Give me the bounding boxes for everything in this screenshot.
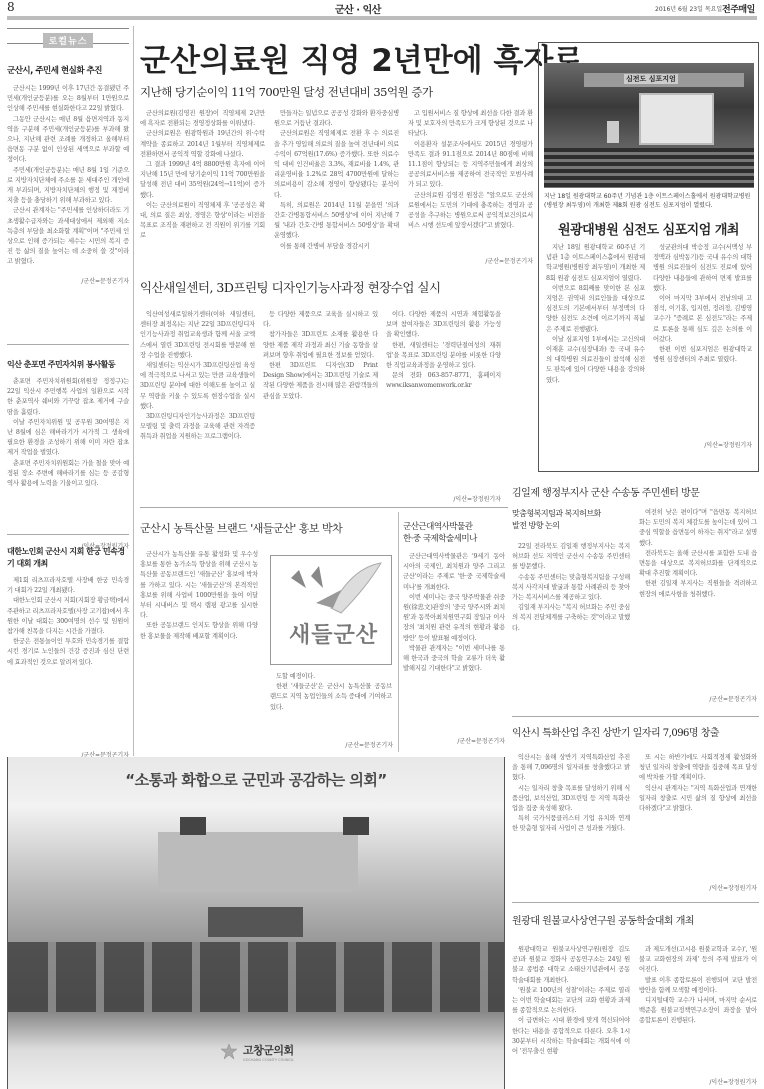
paragraph: 성균관의대 박승정 교수(서맥성 부정맥과 심박동기)등 국내 유수의 대학병원… bbox=[653, 243, 752, 294]
paragraph: '원불교 100년의 성찰'이라는 주제로 열리는 이번 학술대회는 교단의 교… bbox=[512, 986, 630, 1017]
main-subheadline: 지난해 당기순이익 11억 700만원 달성 전년대비 35억원 증가 bbox=[140, 84, 533, 100]
paragraph: 참가자들은 3D프린트 소재를 활용한 다양한 제품 제작 과정과 최신 기술 … bbox=[263, 330, 378, 361]
paragraph: 이날 심포지엄 1부에서는 고신의대 이재훈 교수(심장내과) 등 국내 유수의… bbox=[546, 335, 645, 386]
paragraph: 이용환자 설문조사에서도 2015년 경영평가만족도 결과 91.1점으로 20… bbox=[408, 140, 533, 191]
paragraph: 군산근대역사박물관은 '9세기 동아시아의 국제인, 최치원과 양주 그리고 군… bbox=[403, 552, 505, 593]
divider bbox=[7, 534, 129, 535]
council-name-en: GOCHANG COUNTY COUNCIL bbox=[243, 1058, 294, 1062]
photo-caption: 지난 18일 원광대학교 60주년 기념관 1층 이트스페이스홀에서 원광대학교… bbox=[544, 193, 754, 210]
banner-text: 심전도 심포지엄 bbox=[624, 74, 678, 84]
paragraph: 원광대학교 원불교사상연구원(원장 김도공)과 원불교 정화사 공동연구소는 2… bbox=[512, 945, 630, 986]
audience-seats bbox=[544, 148, 754, 188]
section-title: 군산 · 익산 bbox=[335, 1, 381, 16]
paragraph: 이번으로 8회째를 맞이한 본 심포지엄은 권역내 의료인들을 대상으로 심전도… bbox=[546, 284, 645, 335]
page-number: 8 bbox=[7, 0, 15, 14]
brand-logo-box: 새들군산 bbox=[270, 555, 392, 665]
divider bbox=[7, 344, 129, 345]
article-subtitle-line1: 맞춤형복지팀과 복지허브화 bbox=[512, 508, 601, 519]
council-emblem-icon bbox=[220, 1043, 238, 1061]
article-title: 익산새일센터, 3D프린팅 디자인기능사과정 현장수업 실시 bbox=[140, 278, 505, 296]
header-rule bbox=[7, 16, 757, 20]
paragraph: 시는 일자리 창출 목표를 달성하기 위해 식품산업, 보석산업, 3D프린팅 … bbox=[512, 784, 630, 815]
text-column: 성균관의대 박승정 교수(서맥성 부정맥과 심박동기)등 국내 유수의 대학병원… bbox=[653, 243, 752, 449]
ad-slogan: “소통과 화합으로 군민과 공감하는 의회” bbox=[8, 769, 504, 790]
text-column: 군산시가 농특산물 유통 활성화 및 우수성 홍보를 통한 농가소득 향상을 위… bbox=[140, 550, 258, 750]
divider bbox=[512, 716, 759, 717]
podium-area bbox=[158, 832, 358, 892]
paragraph: 특히, 의료원은 2014년 11월 문을연 '의과 간호·간병통합서비스 50… bbox=[274, 201, 399, 242]
flag-left bbox=[180, 817, 206, 835]
symposium-photo: 심전도 심포지엄 bbox=[544, 63, 754, 188]
symposium-box: 심전도 심포지엄 지난 18일 원광대학교 60주년 기념관 1층 이트스페이스… bbox=[538, 42, 759, 472]
left-column: 로컬뉴스 군산시, 주민세 현실화 추진 군산시는 1999년 이후 17년간 … bbox=[7, 26, 129, 756]
byline: /익산=장정원기자 bbox=[386, 494, 501, 503]
paragraph: 익산시 관계자는 "지역 특화산업과 연계한 일자리 창출로 시민 삶의 질 향… bbox=[639, 784, 757, 815]
text-column: 원광대학교 원불교사상연구원(원장 김도공)과 원불교 정화사 공동연구소는 2… bbox=[512, 945, 630, 1087]
paragraph: 이다. 다양한 제품의 시연과 체험활동을 보며 참여자들은 3D프린팅의 활용… bbox=[386, 310, 501, 341]
paragraph: 발표 이후 종합토론이 진행되며 교단 발전 방안을 함께 모색할 예정이다. bbox=[639, 976, 757, 996]
paragraph: 김일재 부지사는 "복지 허브화는 주민 중심의 복지 전달체계를 구축하는 것… bbox=[512, 603, 630, 634]
paragraph: 군산시 관계자는 "주민세를 인상하더라도 기초생활수급자와는 과세대상에서 제… bbox=[7, 206, 129, 267]
paragraph: 문의 전화 063-857-8771, 홈페이지 www.iksanwomenw… bbox=[386, 371, 501, 391]
article-body: 익산여성새로일하기센터(이하 새일센터, 센터장 최정옥)는 지난 22일 3D… bbox=[140, 310, 505, 505]
paragraph: 이어 마지막 3부에서 전남의대 고점석, 이기홍, 입지현, 정려정, 김병영… bbox=[653, 294, 752, 345]
article-saedeul-brand: 군산시 농특산물 브랜드 '새들군산' 홍보 박차 군산시가 농특산물 유통 활… bbox=[140, 520, 395, 755]
article-welfare-visit: 김일제 행정부지사 군산 수송동 주민센터 방문 맞춤형복지팀과 복지허브화 발… bbox=[512, 484, 759, 712]
byline: /군산=문정곤기자 bbox=[345, 740, 393, 749]
paragraph: 이번 세미나는 중국 양주박물관 쉬중원(徐忠文)관장의 '중국 양주시와 최치… bbox=[403, 593, 505, 644]
paragraph: 한편, 새일센터는 '경력단절여성의 재취업'을 목표로 3D프린팅 분야를 비… bbox=[386, 341, 501, 372]
paragraph: 익산시는 올해 상반기 지역특화산업 추진을 통해 7,096명의 일자리를 창… bbox=[512, 753, 630, 784]
publication-date: 2016년 6월 23일 목요일 bbox=[655, 4, 722, 13]
paragraph: 전라북도는 올해 군산시를 포함한 도내 읍면동을 대상으로 복지허브화를 단계… bbox=[639, 549, 757, 580]
article-body: 군산근대역사박물관은 '9세기 동아시아의 국제인, 최치원과 양주 그리고 군… bbox=[403, 552, 505, 734]
local-news-label: 로컬뉴스 bbox=[43, 33, 94, 48]
paragraph: 또 시는 하반기에도 사회적경제 활성화와 청년 일자리 창출에 역량을 집중해… bbox=[639, 753, 757, 784]
text-column: 익산시는 올해 상반기 지역특화산업 추진을 통해 7,096명의 일자리를 창… bbox=[512, 753, 630, 893]
council-name: 고창군의회 bbox=[243, 1042, 294, 1058]
divider bbox=[140, 507, 508, 508]
article-title: 군산시, 주민세 현실화 추진 bbox=[7, 64, 129, 76]
paragraph: 군산시가 농특산물 유통 활성화 및 우수성 홍보를 통한 농가소득 향상을 위… bbox=[140, 550, 258, 621]
paragraph: 도할 예정이다. bbox=[270, 672, 392, 682]
article-body: 익산시는 올해 상반기 지역특화산업 추진을 통해 7,096명의 일자리를 창… bbox=[512, 753, 759, 893]
article-museum-seminar: 군산근대역사박물관 한·중 국제학술세미나 군산근대역사박물관은 '9세기 동아… bbox=[403, 520, 505, 755]
article-title: 군산시 농특산물 브랜드 '새들군산' 홍보 박차 bbox=[140, 520, 395, 536]
main-article: 군산의료원 직영 2년만에 흑자로 지난해 당기순이익 11억 700만원 달성… bbox=[140, 42, 533, 264]
paragraph: 지난 18일 원광대학교 60주년 기념관 1층 이트스페이스홀에서 원광대학교… bbox=[546, 243, 645, 284]
article-hangung-tournament: 대한노인회 군산시 지회 한궁 민속경기 대회 개최 제1회 리츠프라자호텔 사… bbox=[7, 546, 129, 759]
article-title: 익산시 특화산업 추진 상반기 일자리 7,096명 창출 bbox=[512, 724, 759, 739]
paragraph: 군산의료원(김영진 원장)이 직영체제 2년만에 흑자로 전환되는 경영정상화를… bbox=[140, 109, 265, 129]
paragraph: 만들자는 일념으로 공공성 강화와 환자중심병원으로 거듭난 결과다. bbox=[274, 109, 399, 129]
paragraph: 이 급변하는 시대 환경에 맞게 혁신되어야 한다는 내용을 종합적으로 다룬다… bbox=[512, 1016, 630, 1057]
council-seats bbox=[8, 942, 504, 1012]
brand-logo-text: 새들군산 bbox=[289, 618, 378, 649]
text-column: 여전히 낮은 편이다"며 "읍면동 복지허브화는 도민의 복지 체감도를 높이는… bbox=[639, 508, 757, 703]
article-3d-printing: 익산새일센터, 3D프린팅 디자인기능사과정 현장수업 실시 익산여성새로일하기… bbox=[140, 278, 505, 503]
main-headline: 군산의료원 직영 2년만에 흑자로 bbox=[140, 42, 533, 80]
article-body: 군산시는 1999년 이후 17년간 동결됐던 주민세(개인균등분)를 오는 8… bbox=[7, 84, 129, 274]
article-title: 김일제 행정부지사 군산 수송동 주민센터 방문 bbox=[512, 484, 759, 499]
article-subtitle-line2: 발전 방향 논의 bbox=[512, 520, 559, 531]
paragraph: 고 입원서비스 질 향상에 최선을 다한 결과 환자 및 보호자의 만족도가 크… bbox=[408, 109, 533, 140]
byline: /군산=문정곤기자 bbox=[7, 276, 129, 285]
paragraph: 대한노인회 군산시 지회(지회장 황금택)에서 주관하고 리츠프라자호텔(사장 … bbox=[7, 596, 129, 637]
article-body: 춘포면 주민자치위원회(위원장 정정구)는 22일 익산시 주민행복 사업의 일… bbox=[7, 377, 129, 539]
paragraph: 등 다양한 제품으로 교육을 실시하고 있다. bbox=[263, 310, 378, 330]
paragraph: 과 제도개선(고시용 원불교학과 교수)', '원불교 교화현장의 과제' 등의… bbox=[639, 945, 757, 976]
divider bbox=[512, 902, 759, 903]
paragraph: 한편 '새들군산'은 군산시 농특산물 공동브랜드로 지역 농업인들의 소득 증… bbox=[270, 682, 392, 713]
paragraph: 군산의료원 김영진 원장은 "앞으로도 군산의료원에서는 도민의 기대에 충족하… bbox=[408, 191, 533, 232]
column-divider bbox=[398, 512, 399, 752]
paragraph: 주민세(개인균등분)는 매년 8월 1일 기준으로 지방자치단체에 주소를 둔 … bbox=[7, 166, 129, 207]
paragraph: 여전히 낮은 편이다"며 "읍면동 복지허브화는 도민의 복지 체감도를 높이는… bbox=[639, 508, 757, 549]
paragraph: 수송동 주민센터는 맞춤형복지팀을 구성해 복지 사각지대 발굴과 통합 사례관… bbox=[512, 573, 630, 604]
article-title-line2: 한·중 국제학술세미나 bbox=[403, 532, 505, 544]
paragraph: 군산시는 1999년 이후 17년간 동결됐던 주민세(개인균등분)를 오는 8… bbox=[7, 84, 129, 115]
flag-right bbox=[343, 817, 369, 835]
article-title: 익산 춘포면 주민자치위 봉사활동 bbox=[7, 359, 129, 370]
speaker-desk bbox=[208, 907, 303, 937]
text-column: 이다. 다양한 제품의 시연과 체험활동을 보며 참여자들은 3D프린팅의 활용… bbox=[386, 310, 501, 505]
text-column: 등 다양한 제품으로 교육을 실시하고 있다. 참가자들은 3D프린트 소재를 … bbox=[263, 310, 378, 505]
text-column: 익산여성새로일하기센터(이하 새일센터, 센터장 최정옥)는 지난 22일 3D… bbox=[140, 310, 255, 505]
text-column: 또 시는 하반기에도 사회적경제 활성화와 청년 일자리 창출에 역량을 집중해… bbox=[639, 753, 757, 893]
article-body: 원광대학교 원불교사상연구원(원장 김도공)과 원불교 정화사 공동연구소는 2… bbox=[512, 945, 759, 1087]
paragraph: 박물관 관계자는 "이번 세미나를 통해 한국과 중국의 학술 교류가 더욱 활… bbox=[403, 644, 505, 675]
council-advertisement: “소통과 화합으로 군민과 공감하는 의회” 고창군의회 GOCHANG COU… bbox=[7, 757, 505, 1089]
text-column: 군산의료원(김영진 원장)이 직영체제 2년만에 흑자로 전환되는 경영정상화를… bbox=[140, 109, 265, 267]
paragraph: 한궁은 전통놀이인 투호와 민속경기를 결합시킨 경기로 노인들의 건강 증진과… bbox=[7, 637, 129, 668]
paragraph: 제1회 리츠프라자호텔 사장배 한궁 민속경기 대회가 22일 개최됐다. bbox=[7, 576, 129, 596]
article-body: 지난 18일 원광대학교 60주년 기념관 1층 이트스페이스홀에서 원광대학교… bbox=[546, 243, 752, 449]
page-header: 8 군산 · 익산 2016년 6월 23일 목요일 전주매일 bbox=[0, 0, 764, 14]
paragraph: 또한 공동브랜드 인지도 향상을 위해 다양한 홍보물을 제작해 배포할 계획이… bbox=[140, 621, 258, 641]
byline: /익산=장정원기자 bbox=[653, 440, 752, 449]
paragraph: 이는 군산의료원이 직영체제 후 '공공성은 확대, 의료 질은 최상, 경영은… bbox=[140, 201, 265, 242]
article-title: 원광대 원불교사상연구원 공동학술대회 개최 bbox=[512, 912, 759, 927]
byline: /군산=문정곤기자 bbox=[639, 694, 757, 703]
article-body: 제1회 리츠프라자호텔 사장배 한궁 민속경기 대회가 22일 개최됐다. 대한… bbox=[7, 576, 129, 748]
paragraph: 디지털대학 교수가 나서며, 마지막 순서로 백준흠 원불교정책연구소장이 좌장… bbox=[639, 996, 757, 1027]
paragraph: 이날 주민자치위원 및 공무원 30여명은 지난 8월에 심은 해바라기가 시가… bbox=[7, 418, 129, 459]
column-divider bbox=[133, 26, 134, 756]
paragraph: 군산의료원은 직영체제로 전환 후 수 의료진을 추가 영입해 의료의 질을 높… bbox=[274, 129, 399, 200]
byline: /군산=문정곤기자 bbox=[408, 256, 533, 265]
text-column: 지난 18일 원광대학교 60주년 기념관 1층 이트스페이스홀에서 원광대학교… bbox=[546, 243, 645, 443]
council-logo: 고창군의회 GOCHANG COUNTY COUNCIL bbox=[220, 1042, 294, 1062]
article-wonbul-conference: 원광대 원불교사상연구원 공동학술대회 개최 원광대학교 원불교사상연구원(원장… bbox=[512, 912, 759, 1087]
main-article-body: 군산의료원(김영진 원장)이 직영체제 2년만에 흑자로 전환되는 경영정상화를… bbox=[140, 109, 533, 267]
paragraph: 이를 통해 간병비 부담을 경감시키 bbox=[274, 242, 399, 252]
paragraph: 22일 전라북도 김일재 행정부지사는 복지허브화 선도 지역인 군산시 수송동… bbox=[512, 542, 630, 573]
text-column: 만들자는 일념으로 공공성 강화와 환자중심병원으로 거듭난 결과다. 군산의료… bbox=[274, 109, 399, 267]
byline: /군산=문정곤기자 bbox=[403, 736, 505, 745]
paragraph: 한편 김일재 부지사는 직원들을 격려하고 현장의 애로사항을 청취했다. bbox=[639, 579, 757, 599]
text-column: 고 입원서비스 질 향상에 최선을 다한 결과 환자 및 보호자의 만족도가 크… bbox=[408, 109, 533, 267]
paragraph: 특히 국가식품클러스터 기업 유치와 연계한 맞춤형 일자리 사업이 큰 성과를… bbox=[512, 814, 630, 834]
paragraph: 익산여성새로일하기센터(이하 새일센터, 센터장 최정옥)는 지난 22일 3D… bbox=[140, 310, 255, 361]
article-iksan-jobs: 익산시 특화산업 추진 상반기 일자리 7,096명 창출 익산시는 올해 상반… bbox=[512, 724, 759, 899]
text-column: 도할 예정이다. 한편 '새들군산'은 군산시 농특산물 공동브랜드로 지역 농… bbox=[270, 672, 392, 732]
paragraph: 새일센터는 익산시가 3D프린팅산업 육성에 적극적으로 나서고 있는 만큼 교… bbox=[140, 361, 255, 412]
newspaper-name: 전주매일 bbox=[722, 2, 755, 15]
text-column: 22일 전라북도 김일재 행정부지사는 복지허브화 선도 지역인 군산시 수송동… bbox=[512, 542, 630, 702]
paragraph: 그 결과 1999년 4억 8800만원 흑자에 이어 지난해 15년 만에 당… bbox=[140, 160, 265, 201]
paragraph: 한편 3D프린트 디자인(3D Print Design Show)에서는 3D… bbox=[263, 361, 378, 402]
byline: /익산=장정원기자 bbox=[639, 1077, 757, 1086]
projection-screen bbox=[639, 93, 714, 145]
section-banner: 로컬뉴스 bbox=[7, 28, 129, 44]
article-chunpo-volunteer: 익산 춘포면 주민자치위 봉사활동 춘포면 주민자치위원회(위원장 정정구)는 … bbox=[7, 359, 129, 550]
paragraph: 3D프린팅디자인기능사과정은 3D프린팅 모델링 및 출력 과정을 교육해 관련… bbox=[140, 412, 255, 443]
paragraph: 한편 이번 심포지엄은 원광대학교병원 심장센터의 주최로 열렸다. bbox=[653, 345, 752, 365]
byline: /익산=장정원기자 bbox=[639, 883, 757, 892]
paragraph: 춘포면 주민자치위원회는 가을 철을 맞아 예정된 장소 주변에 해바라기를 심… bbox=[7, 459, 129, 490]
article-title: 원광대병원 심전도 심포지엄 개최 bbox=[539, 219, 758, 238]
article-resident-tax: 군산시, 주민세 현실화 추진 군산시는 1999년 이후 17년간 동결됐던 … bbox=[7, 64, 129, 285]
chamber-photo bbox=[8, 812, 504, 1012]
paragraph: 군산의료원은 원광학원과 19년간의 위·수탁계약을 종료하고 2014년 1월… bbox=[140, 129, 265, 160]
article-title-line1: 군산근대역사박물관 bbox=[403, 520, 505, 532]
paragraph: 춘포면 주민자치위원회(위원장 정정구)는 22일 익산시 주민행복 사업의 일… bbox=[7, 377, 129, 418]
podium bbox=[607, 121, 619, 143]
text-column: 과 제도개선(고시용 원불교학과 교수)', '원불교 교화현장의 과제' 등의… bbox=[639, 945, 757, 1087]
article-title: 대한노인회 군산시 지회 한궁 민속경기 대회 개최 bbox=[7, 546, 129, 570]
paragraph: 그동안 군산시는 매년 8월 읍면지역과 동지역을 구분해 주민세(개인균등분)… bbox=[7, 115, 129, 166]
